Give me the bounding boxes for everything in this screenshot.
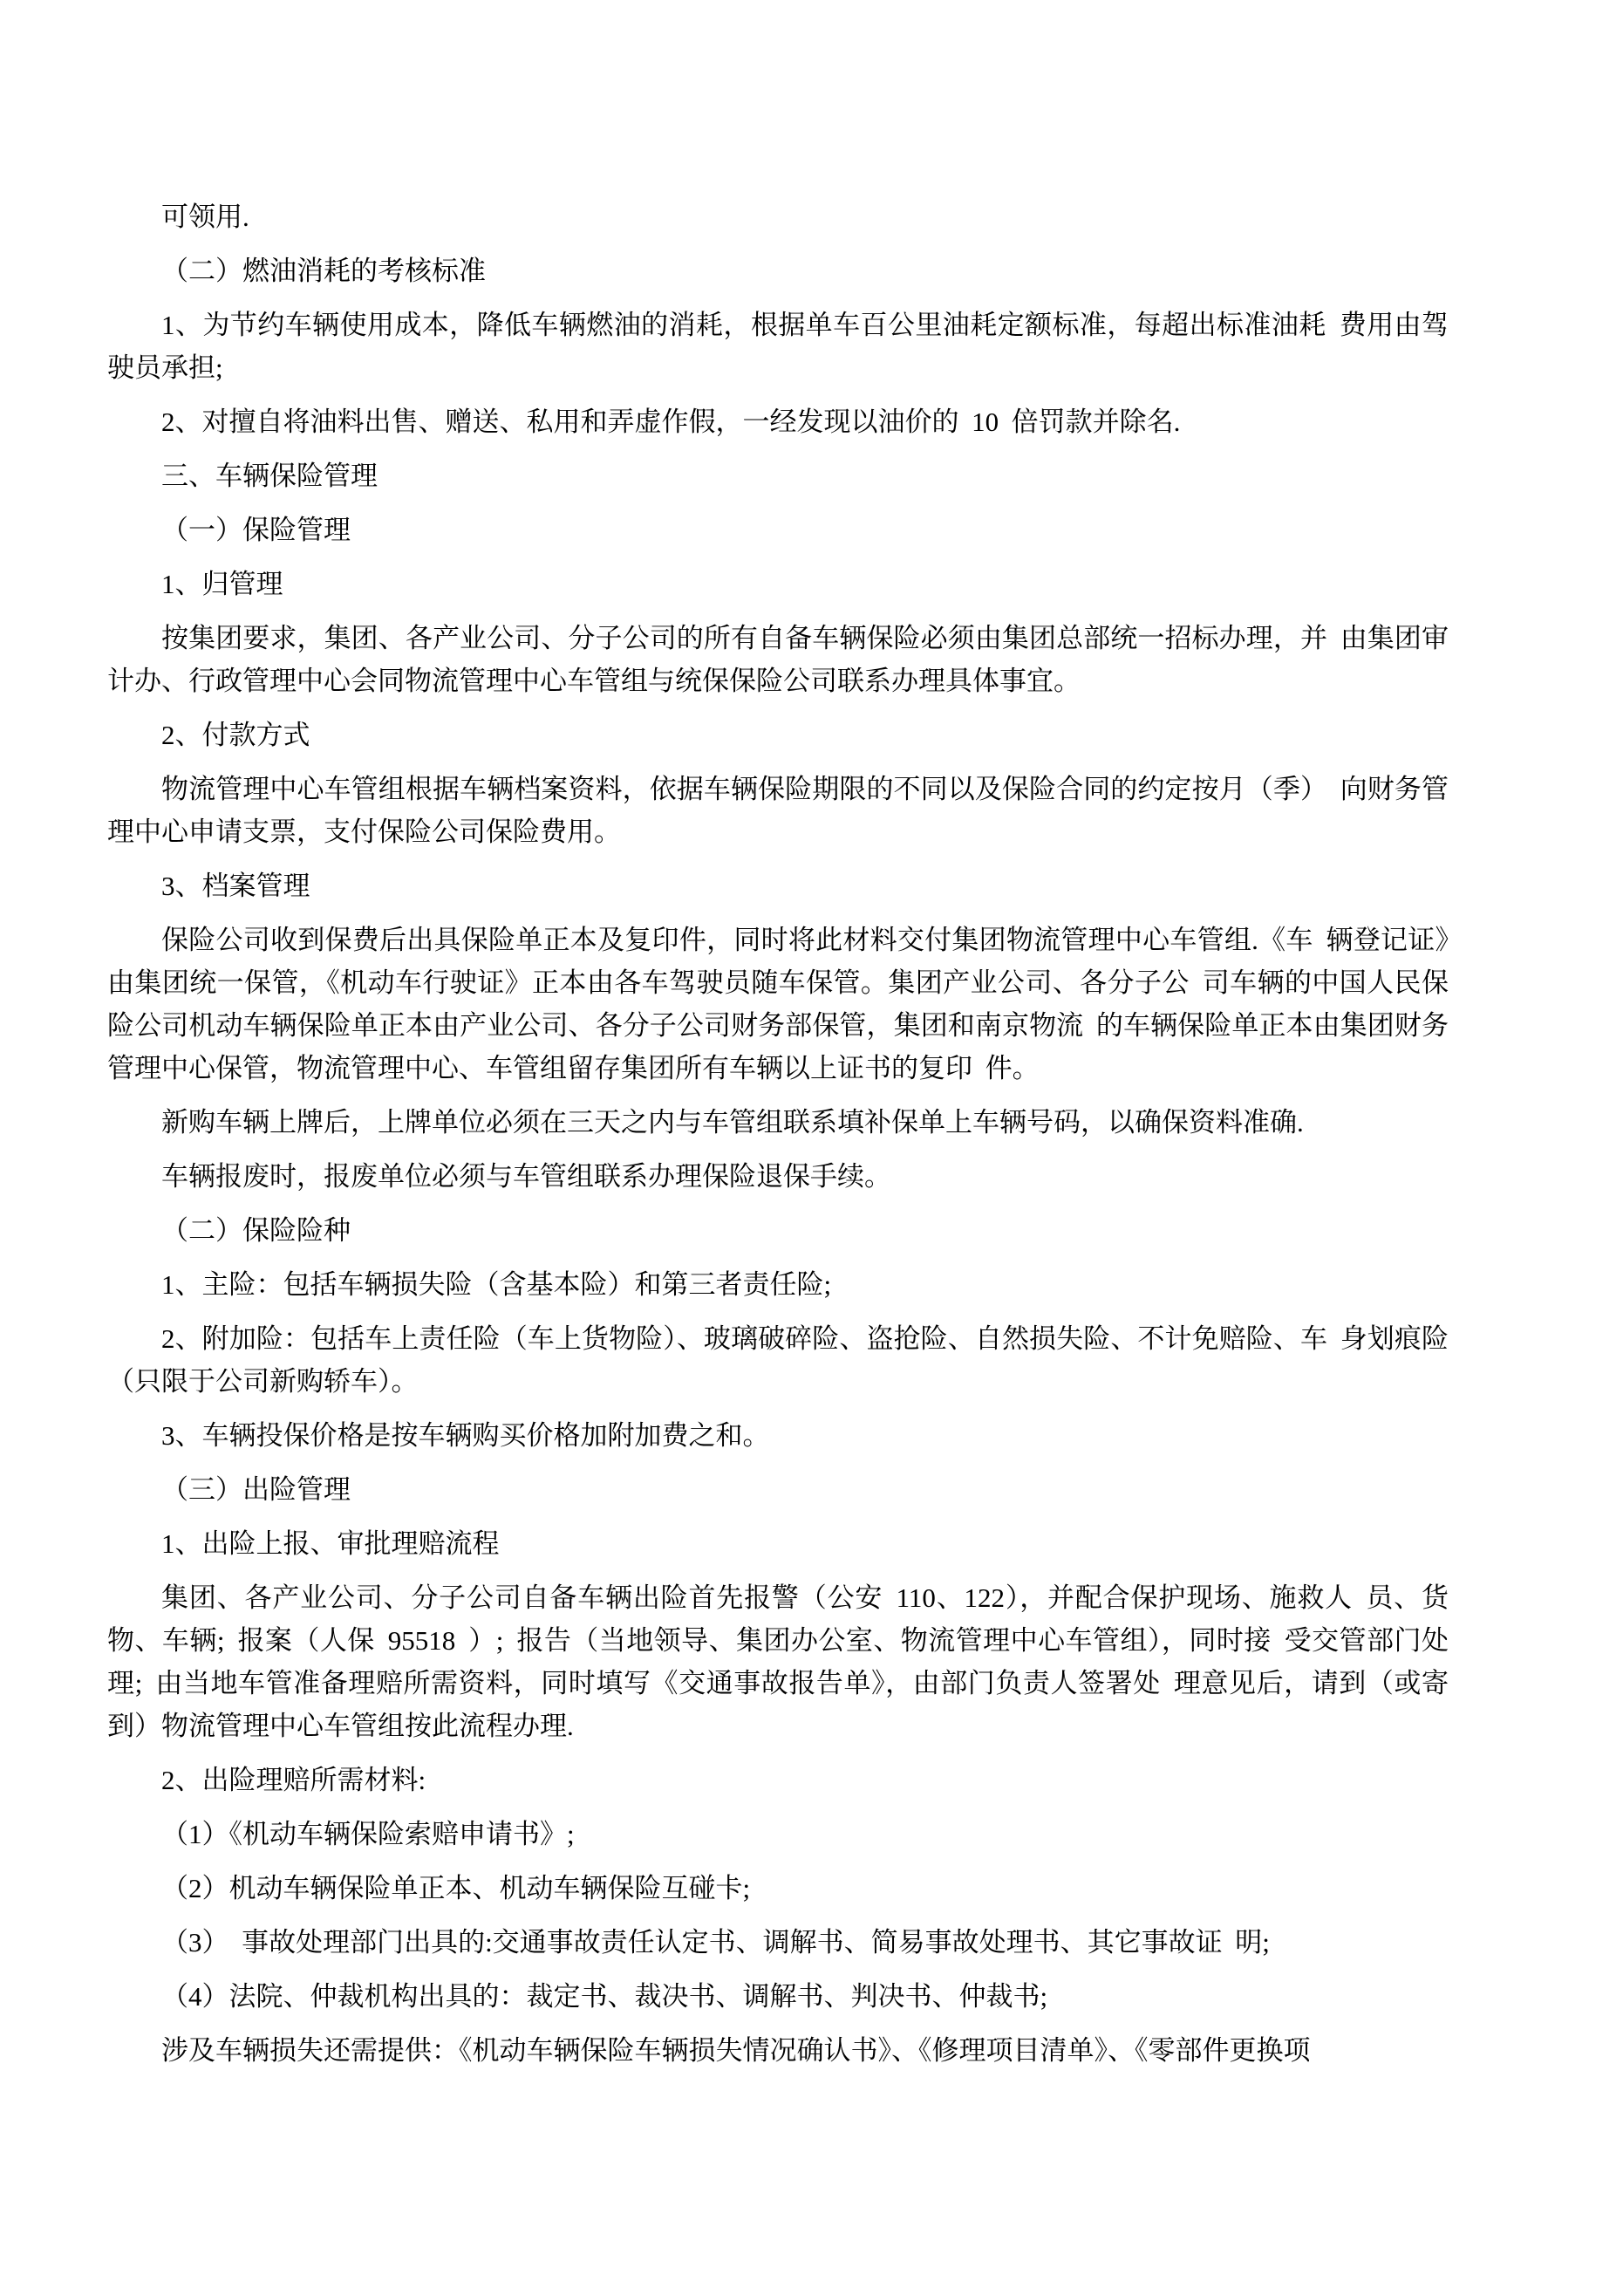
- para-claim-material-1: （1）《机动车辆保险索赔申请书》;: [107, 1813, 1449, 1855]
- heading-insurance-management: （一）保险管理: [107, 509, 1449, 551]
- document-body: 可领用. （二）燃油消耗的考核标准 1、为节约车辆使用成本，降低车辆燃油的消耗，…: [107, 195, 1449, 2083]
- heading-fuel-consumption-assessment: （二）燃油消耗的考核标准: [107, 249, 1449, 292]
- para-payment-process: 物流管理中心车管组根据车辆档案资料，依据车辆保险期限的不同以及保险合同的约定按月…: [107, 768, 1449, 853]
- heading-vehicle-insurance-management: 三、车辆保险管理: [107, 454, 1449, 497]
- heading-management-attribution: 1、归管理: [107, 563, 1449, 605]
- para-claim-reporting-detail: 集团、各产业公司、分子公司自备车辆出险首先报警（公安 110、122），并配合保…: [107, 1576, 1449, 1747]
- para-insured-value: 3、车辆投保价格是按车辆购买价格加附加费之和。: [107, 1414, 1449, 1457]
- para-fuel-over-quota: 1、为节约车辆使用成本，降低车辆燃油的消耗，根据单车百公里油耗定额标准，每超出标…: [107, 304, 1449, 389]
- document-page: 可领用. （二）燃油消耗的考核标准 1、为节约车辆使用成本，降低车辆燃油的消耗，…: [0, 0, 1623, 2296]
- para-additional-insurance: 2、附加险：包括车上责任险（车上货物险）、玻璃破碎险、盗抢险、自然损失险、不计免…: [107, 1317, 1449, 1403]
- para-fuel-misuse-penalty: 2、对擅自将油料出售、赠送、私用和弄虚作假，一经发现以油价的 10 倍罚款并除名…: [107, 400, 1449, 443]
- para-may-collect: 可领用.: [107, 195, 1449, 238]
- para-main-insurance: 1、主险：包括车辆损失险（含基本险）和第三者责任险;: [107, 1263, 1449, 1306]
- heading-accident-management: （三）出险管理: [107, 1468, 1449, 1511]
- para-claim-material-2: （2）机动车辆保险单正本、机动车辆保险互碰卡;: [107, 1867, 1449, 1910]
- para-vehicle-scrap-refund: 车辆报废时，报废单位必须与车管组联系办理保险退保手续。: [107, 1155, 1449, 1198]
- heading-payment-method: 2、付款方式: [107, 714, 1449, 756]
- para-group-unified-tender: 按集团要求，集团、各产业公司、分子公司的所有自备车辆保险必须由集团总部统一招标办…: [107, 617, 1449, 702]
- heading-claim-reporting-process: 1、出险上报、审批理赔流程: [107, 1522, 1449, 1565]
- para-policy-custody: 保险公司收到保费后出具保险单正本及复印件，同时将此材料交付集团物流管理中心车管组…: [107, 919, 1449, 1090]
- para-new-vehicle-registration: 新购车辆上牌后，上牌单位必须在三天之内与车管组联系填补保单上车辆号码，以确保资料…: [107, 1101, 1449, 1144]
- para-vehicle-loss-documents: 涉及车辆损失还需提供：《机动车辆保险车辆损失情况确认书》、《修理项目清单》、《零…: [107, 2029, 1449, 2072]
- para-claim-material-3: （3） 事故处理部门出具的:交通事故责任认定书、调解书、简易事故处理书、其它事故…: [107, 1921, 1449, 1964]
- heading-insurance-categories: （二）保险险种: [107, 1209, 1449, 1252]
- para-claim-material-4: （4）法院、仲裁机构出具的：裁定书、裁决书、调解书、判决书、仲裁书;: [107, 1975, 1449, 2018]
- heading-archives-management: 3、档案管理: [107, 864, 1449, 907]
- heading-claim-materials: 2、出险理赔所需材料:: [107, 1759, 1449, 1801]
